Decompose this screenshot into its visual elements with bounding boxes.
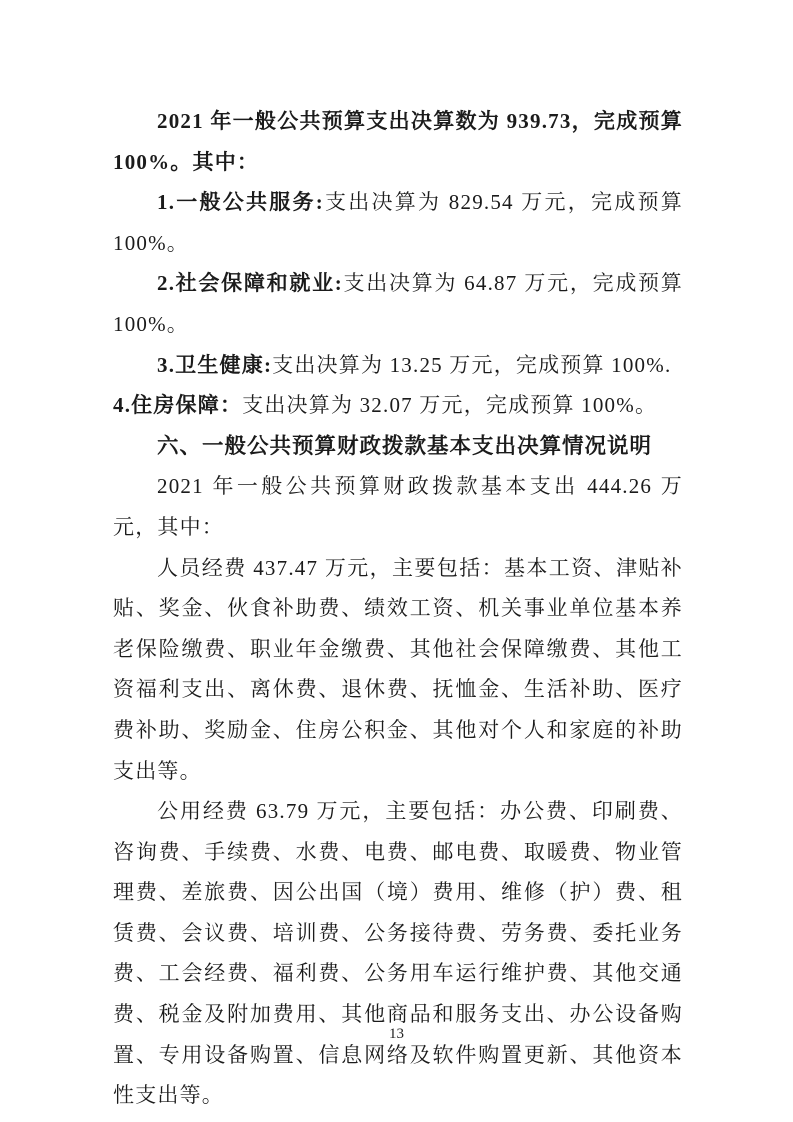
text-run: 支出决算为 32.07 万元，完成预算 100%。 <box>242 393 657 417</box>
para-item-2-social-security-employment: 2.社会保障和就业:支出决算为 64.87 万元，完成预算 100%。 <box>113 263 683 344</box>
text-run: 公用经费 63.79 万元，主要包括：办公费、印刷费、咨询费、手续费、水费、电费… <box>113 799 683 1107</box>
page-number: 13 <box>0 1026 793 1043</box>
para-total-expenditure-summary: 2021 年一般公共预算支出决算数为 939.73，完成预算 100%。其中： <box>113 101 683 182</box>
text-run: 1.一般公共服务: <box>157 190 324 214</box>
document-content: 2021 年一般公共预算支出决算数为 939.73，完成预算 100%。其中：1… <box>113 101 683 1116</box>
text-run: 4.住房保障： <box>113 393 242 417</box>
text-run: 3.卫生健康: <box>157 353 272 377</box>
text-run: 2.社会保障和就业: <box>157 271 343 295</box>
text-run: 六、一般公共预算财政拨款基本支出决算情况说明 <box>157 434 652 458</box>
text-run: 人员经费 437.47 万元，主要包括：基本工资、津贴补贴、奖金、伙食补助费、绩… <box>113 556 683 783</box>
para-public-funds: 公用经费 63.79 万元，主要包括：办公费、印刷费、咨询费、手续费、水费、电费… <box>113 791 683 1116</box>
text-run: 2021 年一般公共预算支出决算数为 939.73，完成预算 100%。其中： <box>113 109 683 174</box>
para-item-4-housing-security: 4.住房保障：支出决算为 32.07 万元，完成预算 100%。 <box>113 385 683 426</box>
para-item-1-general-public-services: 1.一般公共服务:支出决算为 829.54 万元，完成预算 100%。 <box>113 182 683 263</box>
document-page: 2021 年一般公共预算支出决算数为 939.73，完成预算 100%。其中：1… <box>0 0 793 1122</box>
text-run: 2021 年一般公共预算财政拨款基本支出 444.26 万元，其中： <box>113 474 683 539</box>
text-run: 支出决算为 13.25 万元，完成预算 100%. <box>272 353 671 377</box>
para-item-3-health: 3.卫生健康:支出决算为 13.25 万元，完成预算 100%. <box>113 345 683 386</box>
heading-section-six-basic-expenditure: 六、一般公共预算财政拨款基本支出决算情况说明 <box>113 426 683 467</box>
para-basic-expenditure-total: 2021 年一般公共预算财政拨款基本支出 444.26 万元，其中： <box>113 466 683 547</box>
para-personnel-funds: 人员经费 437.47 万元，主要包括：基本工资、津贴补贴、奖金、伙食补助费、绩… <box>113 548 683 792</box>
